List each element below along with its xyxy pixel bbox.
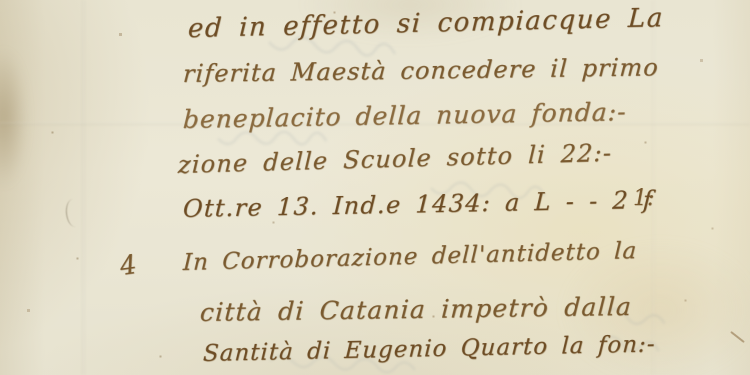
ink-stain <box>0 48 28 188</box>
manuscript-line-2: riferita Maestà concedere il primo <box>182 53 659 88</box>
fold-crease-vertical <box>82 0 85 375</box>
manuscript-line-5: Ott.re 13. Ind.e 1434: a L - - 2 f <box>182 186 654 223</box>
manuscript-line-8: Santità di Eugenio Quarto la fon:- <box>202 332 656 368</box>
manuscript-line-1: ed in effetto si compiacque La <box>187 3 664 44</box>
right-margin-annotation: 1: <box>633 186 654 211</box>
paper-speckles <box>0 0 1 1</box>
left-margin-annotation: 4 <box>118 250 139 282</box>
stray-pen-mark <box>65 198 84 228</box>
manuscript-line-3: beneplacito della nuova fonda:- <box>182 97 627 134</box>
manuscript-line-7: città di Catania impetrò dalla <box>199 292 633 327</box>
manuscript-line-6: In Corroborazione dell'antidetto la <box>182 238 637 276</box>
manuscript-page: ed in effetto si compiacque La riferita … <box>0 0 750 375</box>
